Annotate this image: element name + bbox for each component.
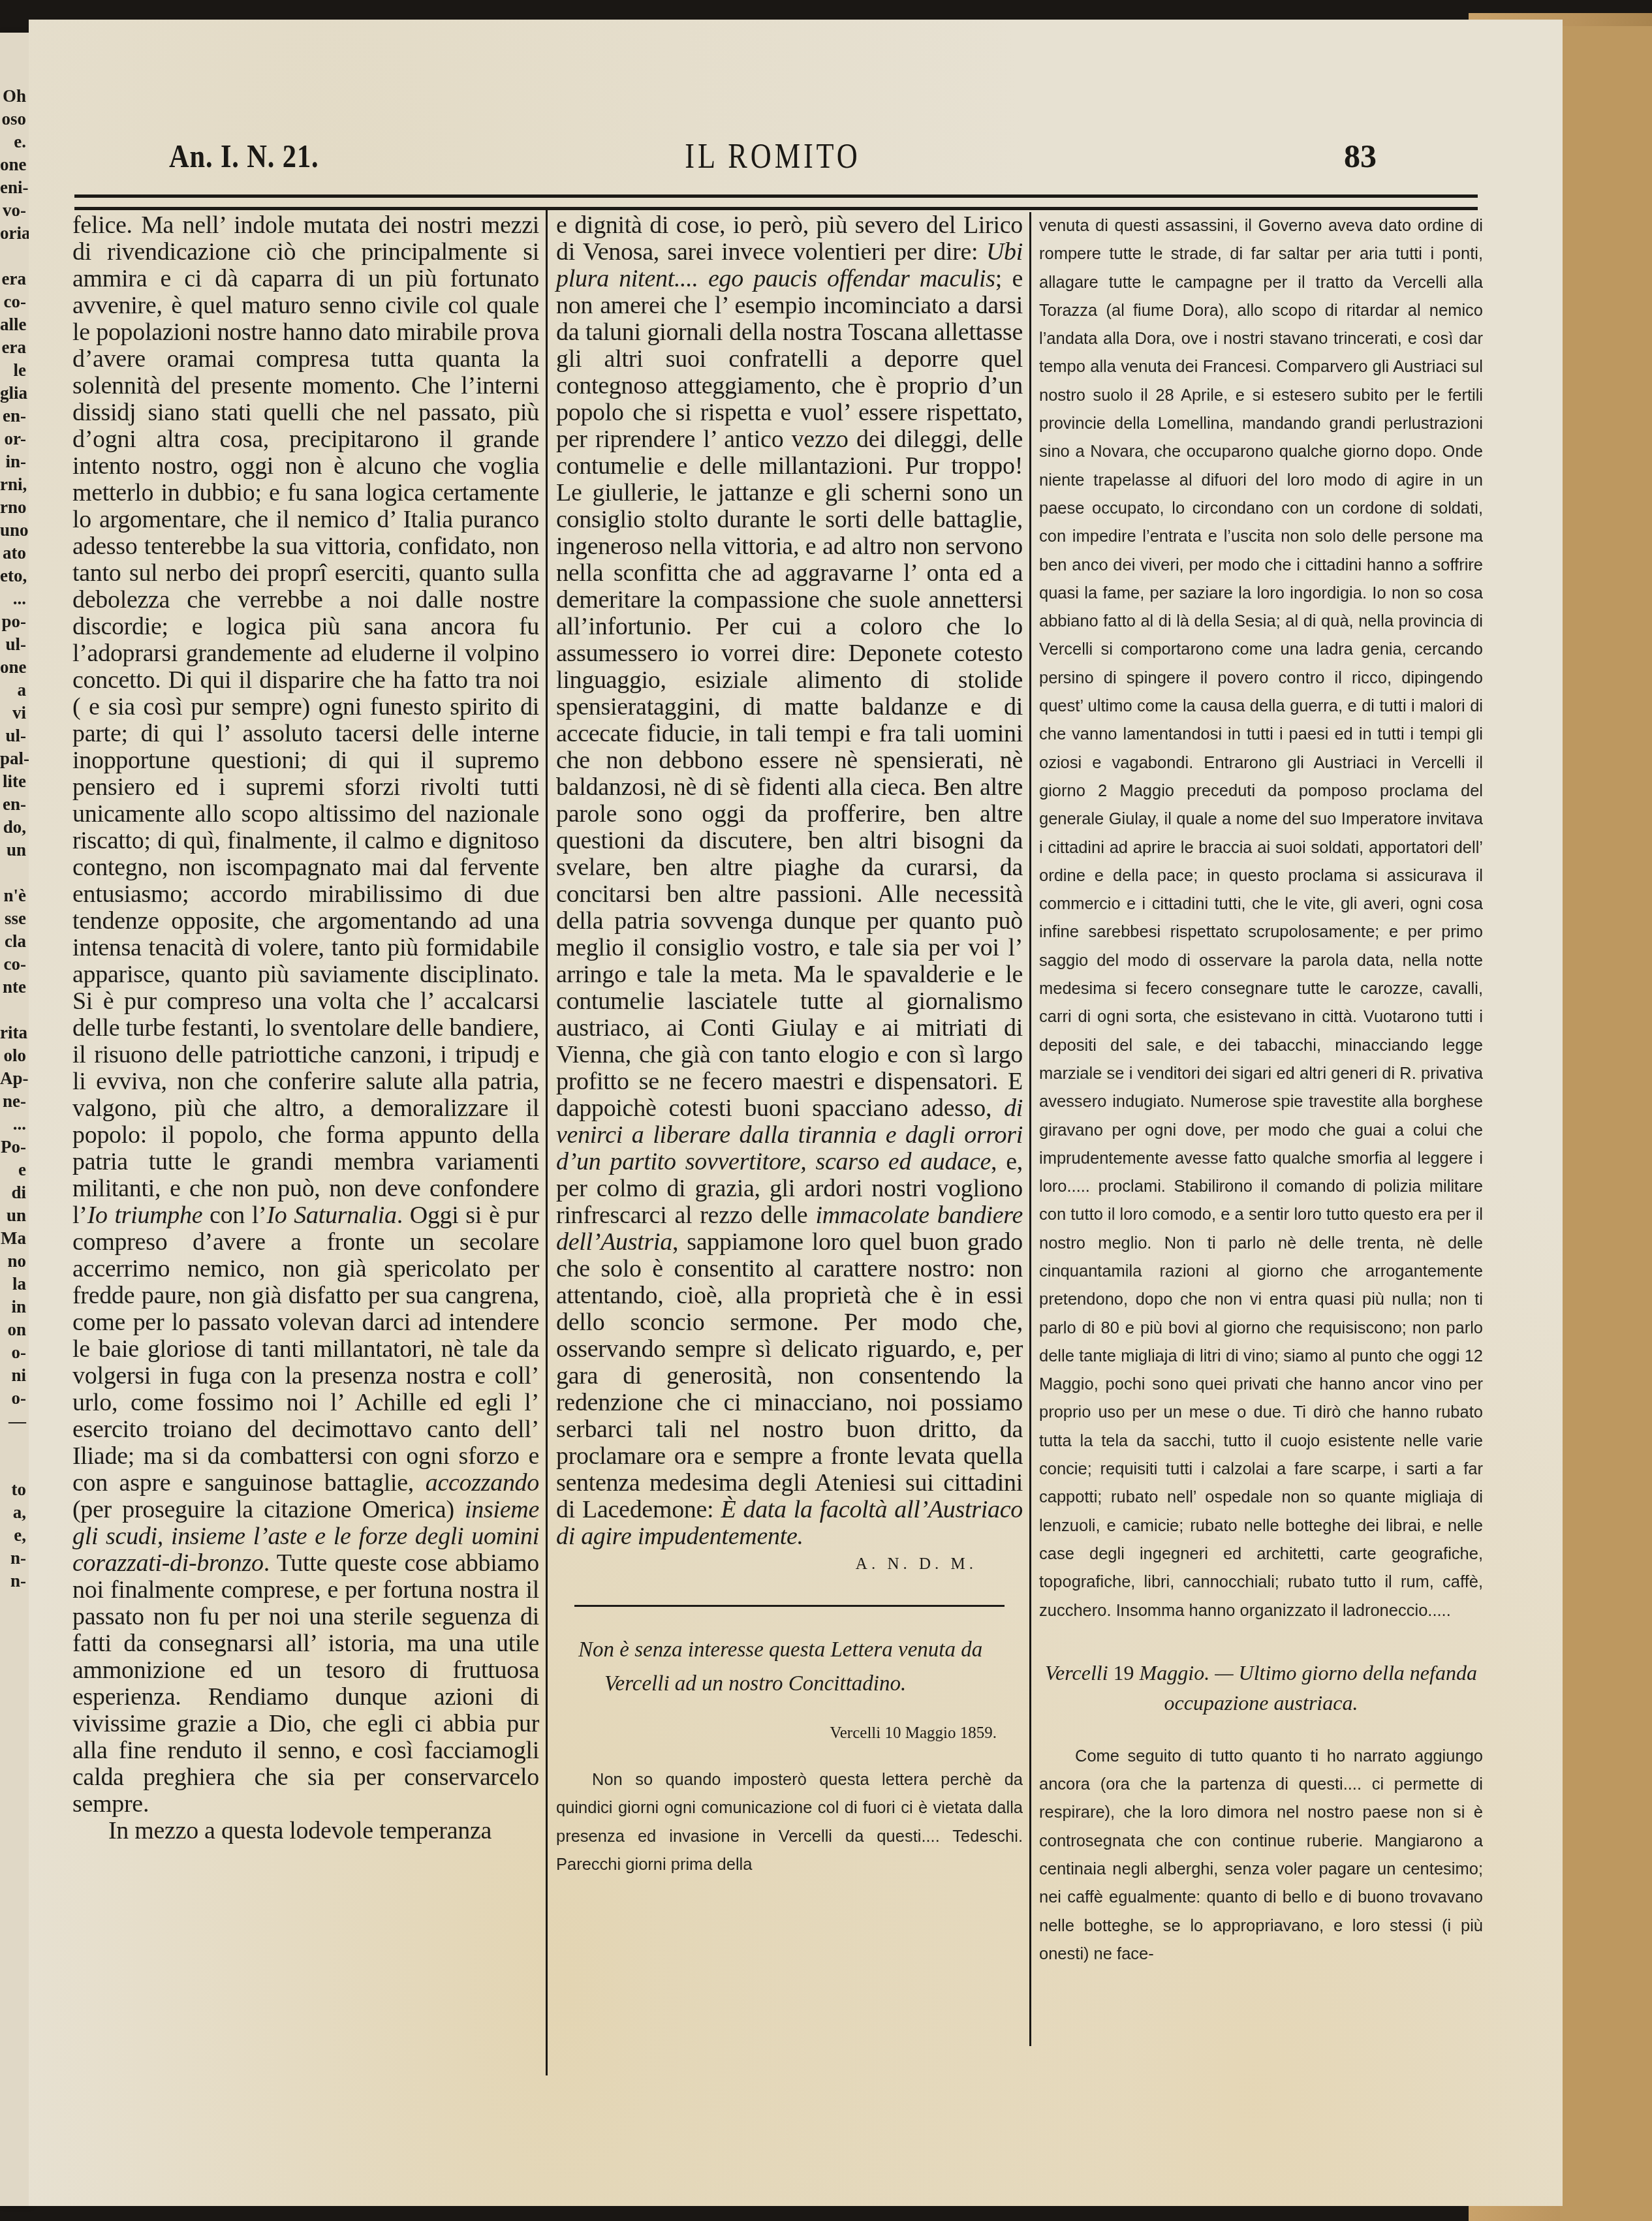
fragment-line: ni: [0, 1364, 29, 1387]
column-1: felice. Ma nell’ indole mutata dei nostr…: [72, 212, 539, 1844]
fragment-line: ne-: [0, 1090, 29, 1113]
fragment-line: e: [0, 1158, 29, 1181]
fragment-line: one: [0, 153, 29, 176]
column-2: e dignità di cose, io però, più severo d…: [556, 212, 1023, 1879]
fragment-line: or-: [0, 427, 29, 450]
newspaper-title: IL ROMITO: [195, 136, 1350, 176]
paragraph: e dignità di cose, io però, più severo d…: [556, 212, 1023, 1550]
fragment-line: co-: [0, 290, 29, 313]
column-divider-2: [1029, 212, 1031, 2046]
fragment-line: n-: [0, 1547, 29, 1570]
fragment-line: on: [0, 1318, 29, 1341]
column-3: venuta di questi assassini, il Governo a…: [1039, 212, 1483, 1968]
fragment-line: Po-: [0, 1136, 29, 1158]
fragment-line: vi: [0, 702, 29, 724]
article-body-col2: e dignità di cose, io però, più severo d…: [556, 212, 1023, 1550]
fragment-line: no: [0, 1250, 29, 1273]
fragment-line: co-: [0, 953, 29, 976]
fragment-line: in-: [0, 450, 29, 473]
fragment-line: en-: [0, 405, 29, 427]
header-double-rule: [74, 194, 1478, 210]
section-divider: [574, 1605, 1005, 1607]
fragment-line: e.: [0, 131, 29, 153]
fragment-line: un: [0, 839, 29, 862]
newspaper-page: An. I. N. 21. IL ROMITO 83 felice. Ma ne…: [29, 20, 1563, 2206]
fragment-line: uno: [0, 519, 29, 542]
fragment-line: po-: [0, 610, 29, 633]
fragment-line: oria: [0, 222, 29, 245]
fragment-line: ul-: [0, 724, 29, 747]
fragment-line: oso: [0, 108, 29, 131]
fragment-line: era: [0, 268, 29, 290]
fragment-line: ul-: [0, 633, 29, 656]
fragment-line: olo: [0, 1044, 29, 1067]
fragment-line: [0, 1433, 29, 1455]
fragment-line: rno: [0, 496, 29, 519]
adjacent-page-fragment: Ohosoe.oneeni-vo-oria eraco-alleeralegli…: [0, 33, 29, 2206]
backing-board-edge: [1560, 26, 1652, 2221]
fragment-line: rni,: [0, 473, 29, 496]
fragment-line: un: [0, 1204, 29, 1227]
fragment-line: ato: [0, 542, 29, 565]
fragment-line: [0, 245, 29, 268]
column-divider-1: [546, 209, 548, 2075]
fragment-line: alle: [0, 313, 29, 336]
fragment-line: —: [0, 1410, 29, 1433]
fragment-line: ...: [0, 1113, 29, 1136]
fragment-line: eni-: [0, 176, 29, 199]
fragment-line: rita: [0, 1021, 29, 1044]
fragment-line: nte: [0, 976, 29, 999]
paragraph: In mezzo a questa lodevole temperanza: [72, 1818, 539, 1844]
second-dateline: Vercelli 19 Maggio. — Ultimo giorno dell…: [1039, 1658, 1483, 1718]
fragment-line: lite: [0, 770, 29, 793]
letter-paragraph: Non so quando imposterò questa lettera p…: [556, 1766, 1023, 1879]
fragment-line: to: [0, 1478, 29, 1501]
fragment-line: Oh: [0, 85, 29, 108]
fragment-line: eto,: [0, 565, 29, 587]
page-number: 83: [1344, 137, 1377, 175]
article-signature: A. N. D. M.: [556, 1555, 977, 1574]
fragment-line: sse: [0, 907, 29, 930]
fragment-line: le: [0, 359, 29, 382]
fragment-line: cla: [0, 930, 29, 953]
paragraph: felice. Ma nell’ indole mutata dei nostr…: [72, 212, 539, 1818]
fragment-line: one: [0, 656, 29, 679]
fragment-line: era: [0, 336, 29, 359]
fragment-line: [0, 862, 29, 884]
fragment-line: pal-: [0, 747, 29, 770]
fragment-line: o-: [0, 1341, 29, 1364]
fragment-line: a: [0, 679, 29, 702]
fragment-line: glia: [0, 382, 29, 405]
fragment-line: vo-: [0, 199, 29, 222]
fragment-line: en-: [0, 793, 29, 816]
final-paragraph: Come seguito di tutto quanto ti ho narra…: [1039, 1743, 1483, 1968]
fragment-line: n-: [0, 1570, 29, 1592]
letter-continued: venuta di questi assassini, il Governo a…: [1039, 212, 1483, 1625]
masthead: An. I. N. 21. IL ROMITO 83: [68, 117, 1478, 183]
fragment-line: in: [0, 1296, 29, 1318]
fragment-line: do,: [0, 816, 29, 839]
fragment-line: [0, 999, 29, 1021]
fragment-line: di: [0, 1181, 29, 1204]
fragment-line: e,: [0, 1524, 29, 1547]
fragment-line: ...: [0, 587, 29, 610]
fragment-line: [0, 1455, 29, 1478]
fragment-line: n'è: [0, 884, 29, 907]
article-body-col1: felice. Ma nell’ indole mutata dei nostr…: [72, 212, 539, 1844]
fragment-line: a,: [0, 1501, 29, 1524]
letter-dateline: Vercelli 10 Maggio 1859.: [556, 1724, 997, 1743]
fragment-line: o-: [0, 1387, 29, 1410]
fragment-line: Ap-: [0, 1067, 29, 1090]
fragment-line: la: [0, 1273, 29, 1296]
fragment-line: Ma: [0, 1227, 29, 1250]
letter-introduction: Non è senza interesse questa Lettera ven…: [578, 1633, 1023, 1701]
